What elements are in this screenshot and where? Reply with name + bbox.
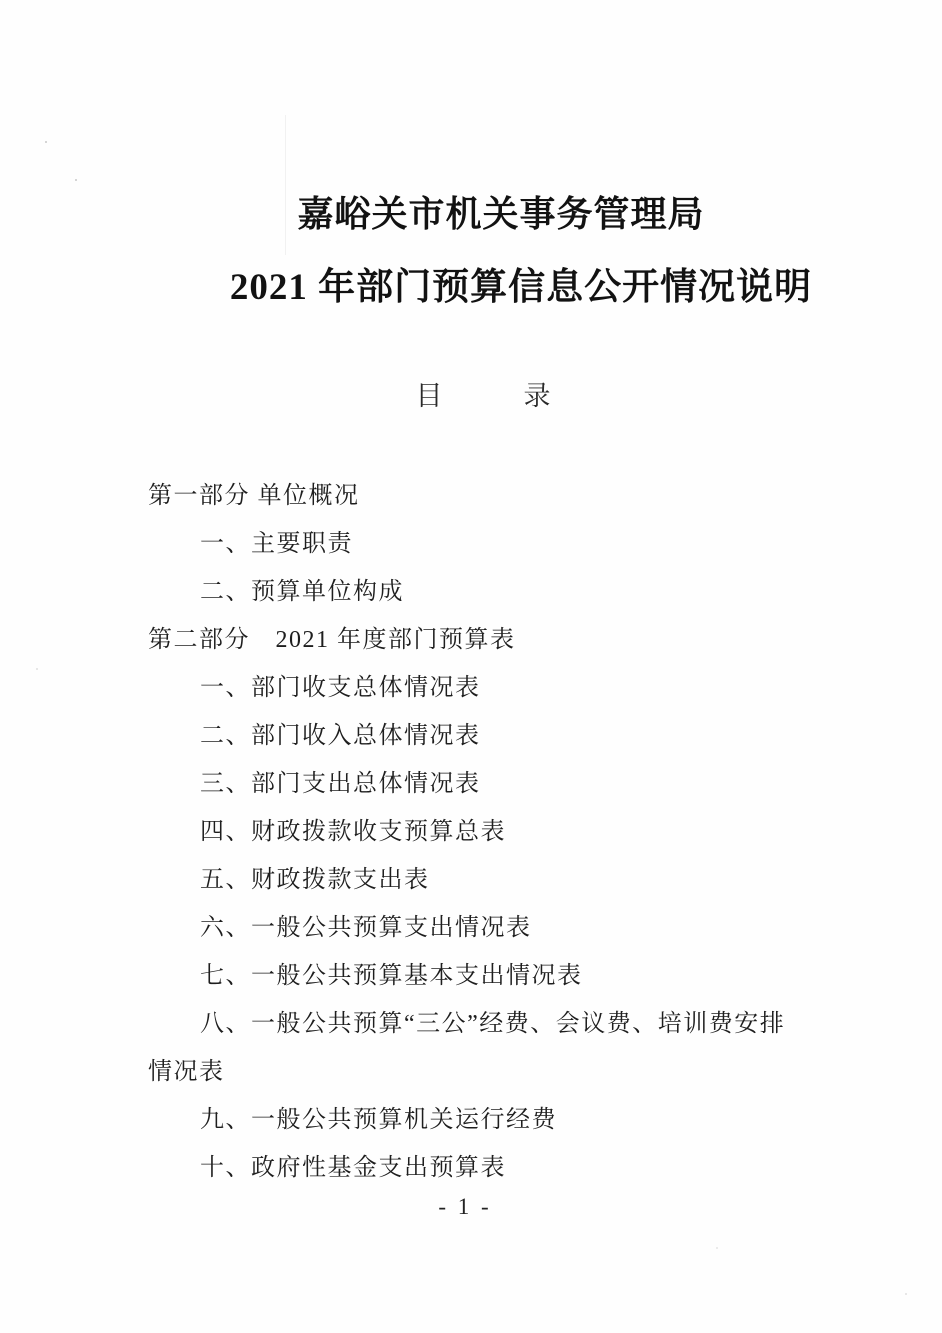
- scan-speck: [36, 668, 38, 670]
- toc-entry: 五、财政拨款支出表: [0, 856, 942, 904]
- scan-speck: [905, 1293, 907, 1295]
- toc-entry-part1: 第一部分 单位概况: [0, 472, 942, 520]
- toc-entry-part2: 第二部分 2021 年度部门预算表: [0, 616, 942, 664]
- toc-heading: 目 录: [12, 374, 942, 413]
- scan-speck: [716, 1247, 718, 1249]
- toc-entry: 二、部门收入总体情况表: [0, 712, 942, 760]
- document-page: 嘉峪关市机关事务管理局 2021 年部门预算信息公开情况说明 目 录 第一部分 …: [0, 0, 942, 1333]
- toc-entry: 二、预算单位构成: [0, 568, 942, 616]
- toc-list: 第一部分 单位概况 一、主要职责 二、预算单位构成 第二部分 2021 年度部门…: [0, 472, 942, 1192]
- document-title-line2: 2021 年部门预算信息公开情况说明: [50, 256, 942, 310]
- toc-entry: 六、一般公共预算支出情况表: [0, 904, 942, 952]
- toc-entry: 八、一般公共预算“三公”经费、会议费、培训费安排: [0, 1000, 942, 1048]
- scan-speck: [75, 179, 77, 181]
- toc-entry: 一、主要职责: [0, 520, 942, 568]
- toc-entry: 十、政府性基金支出预算表: [0, 1144, 942, 1192]
- document-title-line1: 嘉峪关市机关事务管理局: [30, 186, 942, 237]
- toc-entry: 三、部门支出总体情况表: [0, 760, 942, 808]
- toc-entry: 七、一般公共预算基本支出情况表: [0, 952, 942, 1000]
- scan-speck: [45, 141, 47, 143]
- toc-entry-wrap-continuation: 情况表: [0, 1048, 942, 1096]
- scan-streak-artifact: [285, 115, 286, 255]
- toc-entry: 四、财政拨款收支预算总表: [0, 808, 942, 856]
- toc-entry: 九、一般公共预算机关运行经费: [0, 1096, 942, 1144]
- toc-entry: 一、部门收支总体情况表: [0, 664, 942, 712]
- page-number: - 1 -: [0, 1194, 936, 1220]
